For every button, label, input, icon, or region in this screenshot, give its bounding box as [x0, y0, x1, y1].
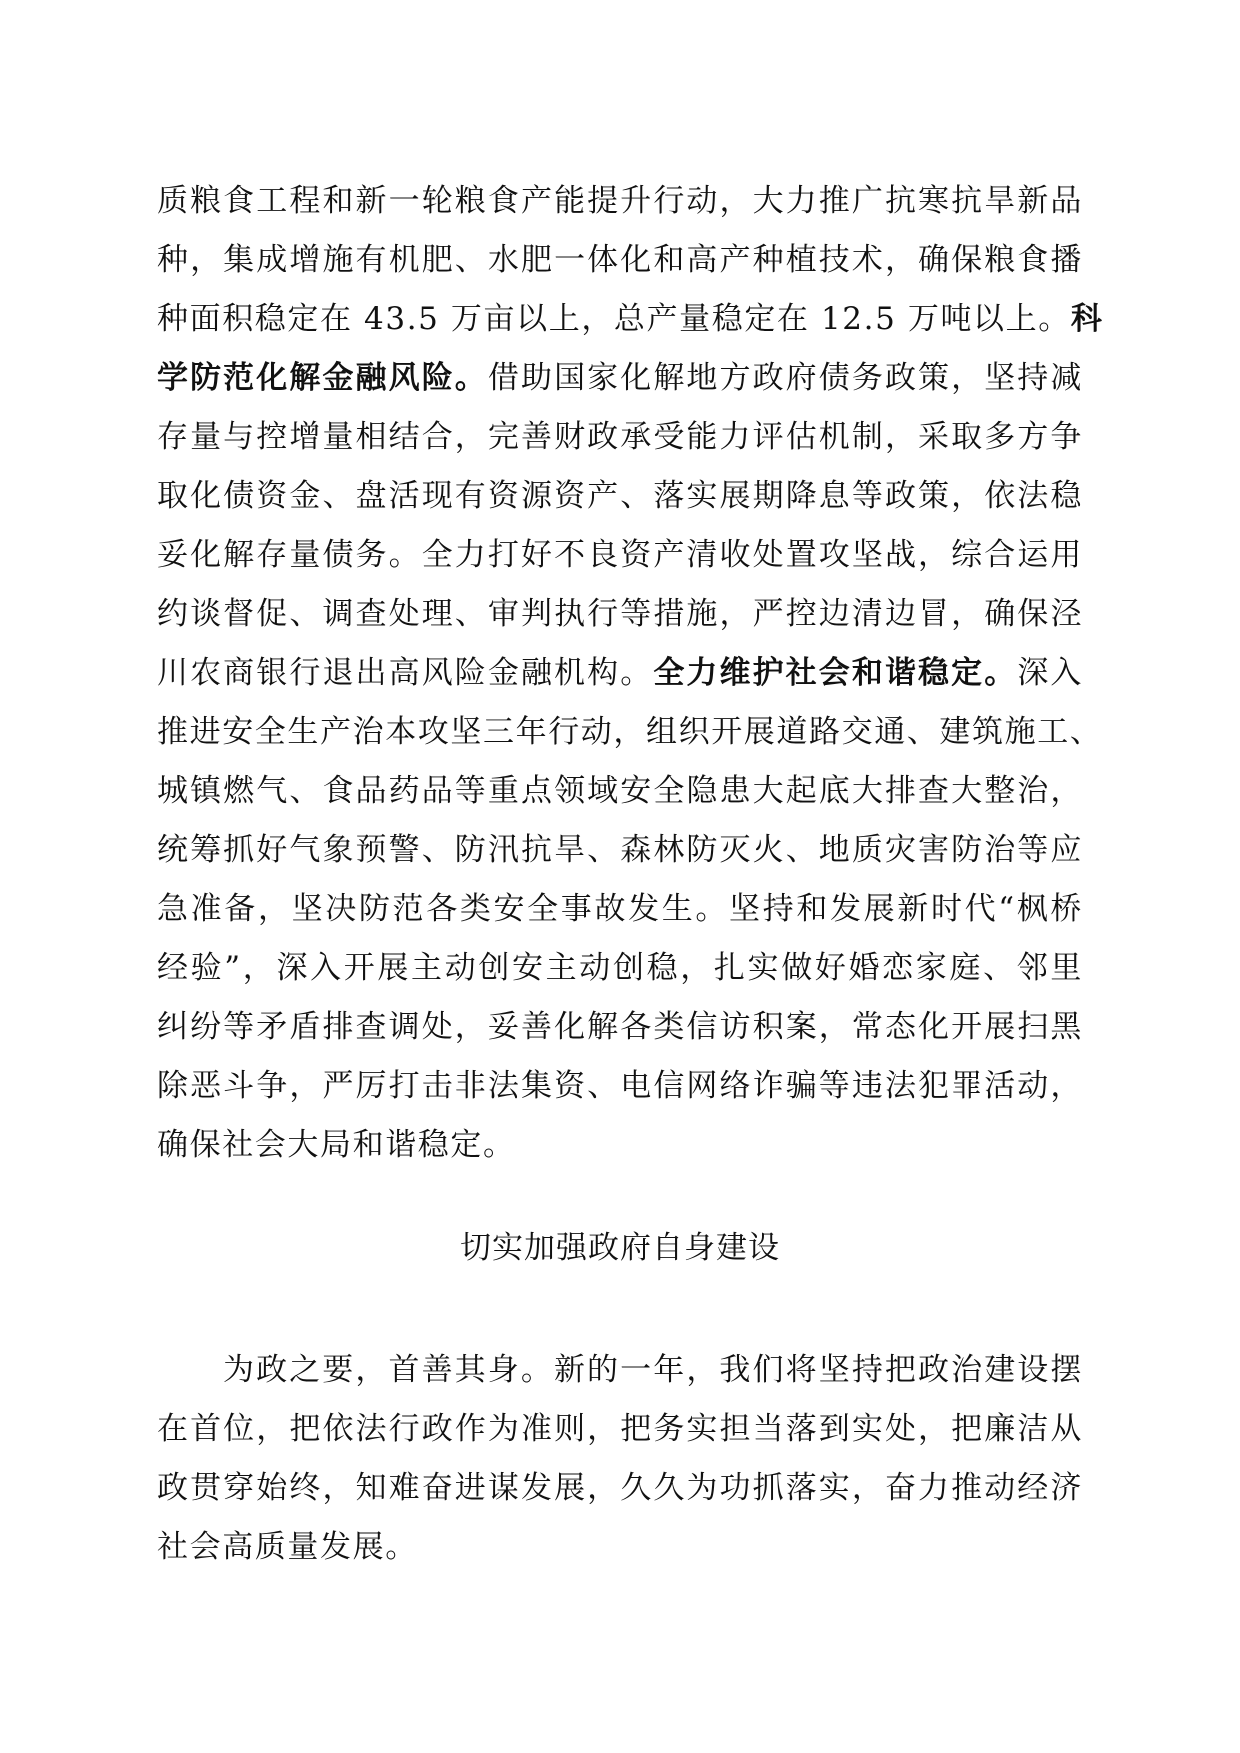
- text-line: 推进安全生产治本攻坚三年行动，组织开展道路交通、建筑施工、: [157, 703, 1083, 762]
- text-run: 约谈督促、调查处理、审判执行等措施，严控边清边冒，确保泾: [157, 596, 1083, 632]
- text-line: 约谈督促、调查处理、审判执行等措施，严控边清边冒，确保泾: [157, 585, 1083, 644]
- text-run: 种，集成增施有机肥、水肥一体化和高产种植技术，确保粮食播: [157, 242, 1083, 278]
- text-line: 纠纷等矛盾排查调处，妥善化解各类信访积案，常态化开展扫黑: [157, 998, 1083, 1057]
- text-line: 统筹抓好气象预警、防汛抗旱、森林防灭火、地质灾害防治等应: [157, 821, 1083, 880]
- body-paragraph-2: 为政之要，首善其身。新的一年，我们将坚持把政治建设摆 在首位，把依法行政作为准则…: [157, 1341, 1087, 1577]
- text-run: 推进安全生产治本攻坚三年行动，组织开展道路交通、建筑施工、: [157, 714, 1102, 750]
- text-run: 城镇燃气、食品药品等重点领域安全隐患大起底大排查大整治，: [157, 773, 1083, 809]
- body-paragraph-1: 质粮食工程和新一轮粮食产能提升行动，大力推广抗寒抗旱新品 种，集成增施有机肥、水…: [157, 172, 1087, 1175]
- text-run: 纠纷等矛盾排查调处，妥善化解各类信访积案，常态化开展扫黑: [157, 1009, 1083, 1045]
- text-line: 在首位，把依法行政作为准则，把务实担当落到实处，把廉洁从: [157, 1400, 1083, 1459]
- text-line: 种，集成增施有机肥、水肥一体化和高产种植技术，确保粮食播: [157, 231, 1083, 290]
- text-line: 除恶斗争，严厉打击非法集资、电信网络诈骗等违法犯罪活动，: [157, 1057, 1083, 1116]
- text-line: 确保社会大局和谐稳定。: [157, 1116, 1087, 1175]
- text-run: 取化债资金、盘活现有资源资产、落实展期降息等政策，依法稳: [157, 478, 1083, 514]
- text-run: 借助国家化解地方政府债务政策，坚持减: [488, 360, 1083, 396]
- text-run: 急准备，坚决防范各类安全事故发生。坚持和发展新时代“枫桥: [157, 891, 1083, 927]
- bold-heading-run: 全力维护社会和谐稳定。: [653, 655, 1017, 691]
- text-run: 川农商银行退出高风险金融机构。: [157, 655, 653, 691]
- text-line: 取化债资金、盘活现有资源资产、落实展期降息等政策，依法稳: [157, 467, 1083, 526]
- text-line: 妥化解存量债务。全力打好不良资产清收处置攻坚战，综合运用: [157, 526, 1083, 585]
- text-line: 川农商银行退出高风险金融机构。全力维护社会和谐稳定。深入: [157, 644, 1083, 703]
- text-line: 学防范化解金融风险。借助国家化解地方政府债务政策，坚持减: [157, 349, 1083, 408]
- text-run: 深入: [1017, 655, 1083, 691]
- text-line: 经验”，深入开展主动创安主动创稳，扎实做好婚恋家庭、邻里: [157, 939, 1083, 998]
- text-run: 确保社会大局和谐稳定。: [157, 1127, 516, 1163]
- text-run: 质粮食工程和新一轮粮食产能提升行动，大力推广抗寒抗旱新品: [157, 183, 1083, 219]
- text-run: 统筹抓好气象预警、防汛抗旱、森林防灭火、地质灾害防治等应: [157, 832, 1083, 868]
- text-line: 城镇燃气、食品药品等重点领域安全隐患大起底大排查大整治，: [157, 762, 1083, 821]
- text-line: 为政之要，首善其身。新的一年，我们将坚持把政治建设摆: [157, 1341, 1083, 1400]
- text-line: 社会高质量发展。: [157, 1518, 1087, 1577]
- section-heading: 切实加强政府自身建设: [0, 1228, 1240, 1268]
- text-line: 质粮食工程和新一轮粮食产能提升行动，大力推广抗寒抗旱新品: [157, 172, 1083, 231]
- text-line: 种面积稳定在 43.5 万亩以上，总产量稳定在 12.5 万吨以上。科: [157, 290, 1083, 349]
- text-run: 存量与控增量相结合，完善财政承受能力评估机制，采取多方争: [157, 419, 1083, 455]
- text-run: 妥化解存量债务。全力打好不良资产清收处置攻坚战，综合运用: [157, 537, 1083, 573]
- text-run: 经验”，深入开展主动创安主动创稳，扎实做好婚恋家庭、邻里: [157, 950, 1083, 986]
- bold-heading-run: 科: [1071, 301, 1104, 337]
- text-run: 除恶斗争，严厉打击非法集资、电信网络诈骗等违法犯罪活动，: [157, 1068, 1083, 1104]
- text-line: 急准备，坚决防范各类安全事故发生。坚持和发展新时代“枫桥: [157, 880, 1083, 939]
- text-run: 种面积稳定在 43.5 万亩以上，总产量稳定在 12.5 万吨以上。: [157, 301, 1071, 337]
- text-line: 政贯穿始终，知难奋进谋发展，久久为功抓落实，奋力推动经济: [157, 1459, 1083, 1518]
- text-line: 存量与控增量相结合，完善财政承受能力评估机制，采取多方争: [157, 408, 1083, 467]
- bold-heading-run: 学防范化解金融风险。: [157, 360, 488, 396]
